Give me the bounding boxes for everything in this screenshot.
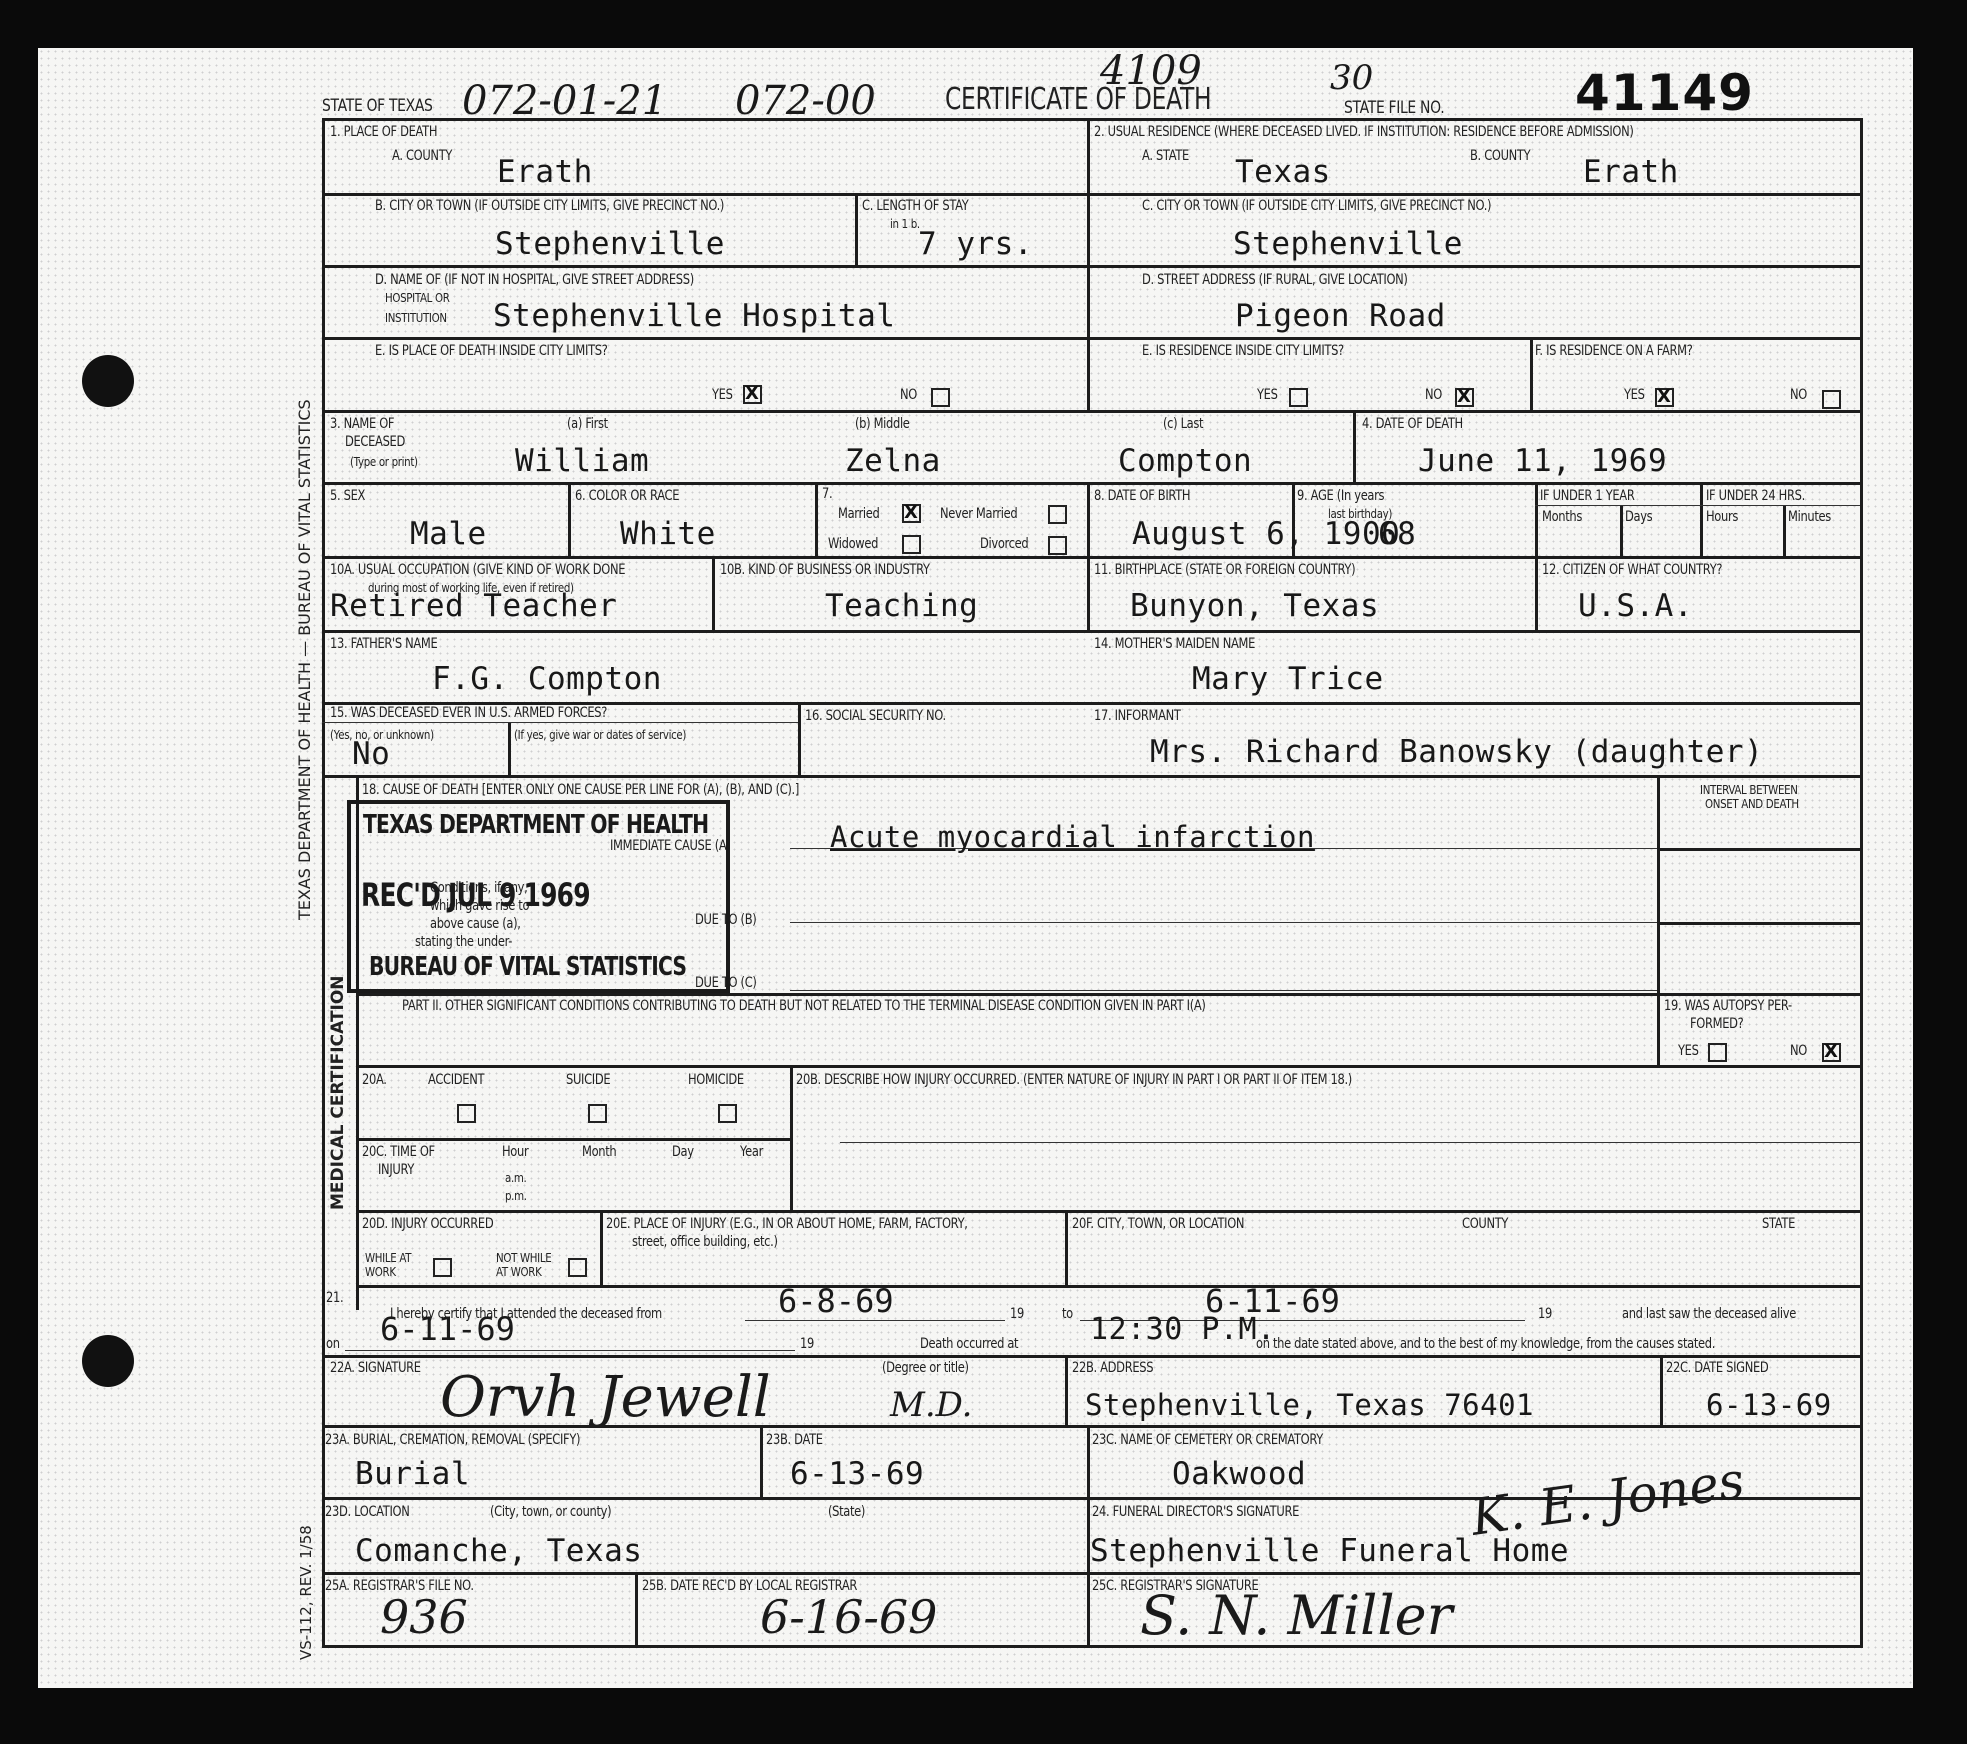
registrar-date-value: 6-16-69 — [760, 1590, 937, 1644]
dob-value: August 6, 1900 — [1132, 516, 1400, 552]
registrar-signature: S. N. Miller — [1140, 1584, 1452, 1647]
length-of-stay-sub: in 1 b. — [890, 216, 920, 231]
degree-label: (Degree or title) — [882, 1360, 969, 1376]
day-label: Day — [672, 1144, 694, 1160]
certification-number: 21. — [326, 1290, 343, 1306]
autopsy-label-2: FORMED? — [1690, 1016, 1743, 1032]
suicide-checkbox[interactable] — [588, 1104, 607, 1123]
autopsy-no-checkbox[interactable] — [1822, 1043, 1841, 1062]
funeral-director-label: 24. FUNERAL DIRECTOR'S SIGNATURE — [1092, 1504, 1299, 1520]
name-label: 3. NAME OF — [330, 416, 394, 432]
am-label: a.m. — [505, 1170, 526, 1185]
farm-yes-checkbox[interactable] — [1655, 388, 1674, 407]
injury-city-label: 20f. CITY, TOWN, OR LOCATION — [1072, 1216, 1244, 1232]
divorced-label: Divorced — [980, 536, 1028, 552]
father-label: 13. FATHER'S NAME — [330, 636, 437, 652]
stamp-line-3: BUREAU OF VITAL STATISTICS — [369, 952, 686, 982]
date-signed-value: 6-13-69 — [1706, 1388, 1832, 1422]
punch-hole — [82, 1335, 134, 1387]
sex-label: 5. SEX — [330, 488, 365, 504]
ssn-label: 16. SOCIAL SECURITY NO. — [805, 708, 946, 724]
place-of-injury-label: 20e. PLACE OF INJURY (e.g., in or about … — [606, 1216, 968, 1232]
usual-residence-label: 2. USUAL RESIDENCE (Where deceased lived… — [1094, 124, 1634, 140]
not-while-at-work-label-2: AT WORK — [496, 1264, 541, 1279]
under-1-year-label: IF UNDER 1 YEAR — [1540, 488, 1634, 504]
residence-inside-yes-label: YES — [1257, 387, 1278, 403]
handwritten-30: 30 — [1330, 58, 1373, 98]
mother-label: 14. MOTHER'S MAIDEN NAME — [1094, 636, 1255, 652]
residence-inside-no-checkbox[interactable] — [1455, 388, 1474, 407]
hospital-label: d. NAME OF (If not in hospital, give str… — [375, 272, 694, 288]
registrar-file-value: 936 — [380, 1590, 468, 1644]
injury-state-label: STATE — [1762, 1216, 1795, 1232]
last-name-label: (c) Last — [1163, 416, 1203, 432]
accident-label: ACCIDENT — [428, 1072, 484, 1088]
hours-label: Hours — [1706, 509, 1738, 525]
burial-location-sub: (City, town, or county) — [490, 1504, 611, 1520]
farm-yes-label: YES — [1624, 387, 1645, 403]
minutes-label: Minutes — [1788, 509, 1831, 525]
residence-farm-label: f. IS RESIDENCE ON A FARM? — [1535, 343, 1693, 359]
sex-value: Male — [410, 516, 487, 552]
never-married-checkbox[interactable] — [1048, 505, 1067, 524]
industry-value: Teaching — [825, 588, 978, 624]
hospital-value: Stephenville Hospital — [493, 298, 895, 334]
injury-occurred-label: 20d. INJURY OCCURRED — [362, 1216, 493, 1232]
residence-inside-city-label: e. IS RESIDENCE INSIDE CITY LIMITS? — [1142, 343, 1344, 359]
cemetery-label: 23c. NAME OF CEMETERY OR CREMATORY — [1092, 1432, 1323, 1448]
accident-checkbox[interactable] — [457, 1104, 476, 1123]
pm-label: p.m. — [505, 1188, 527, 1203]
residence-county-label: b. COUNTY — [1470, 148, 1530, 164]
farm-no-checkbox[interactable] — [1822, 390, 1841, 409]
burial-method-value: Burial — [355, 1456, 470, 1492]
informant-label: 17. INFORMANT — [1094, 708, 1181, 724]
handwritten-over-title: 4109 — [1100, 48, 1202, 94]
hospital-label-2: HOSPITAL OR — [385, 290, 450, 305]
married-checkbox[interactable] — [902, 504, 921, 523]
not-while-at-work-label: NOT WHILE — [496, 1250, 551, 1265]
age-value: 68 — [1378, 516, 1416, 552]
date-of-death-label: 4. DATE OF DEATH — [1362, 416, 1463, 432]
form-code: VS-112, REV. 1/58 — [297, 1525, 315, 1660]
describe-injury-label: 20b. DESCRIBE HOW INJURY OCCURRED. (Ente… — [796, 1072, 1352, 1088]
burial-date-value: 6-13-69 — [790, 1456, 924, 1492]
physician-signature: Orvh Jewell — [440, 1365, 771, 1430]
name-label-2: DECEASED — [345, 434, 405, 450]
armed-forces-sub-2: (If yes, give war or dates of service) — [514, 727, 686, 742]
state-file-label: STATE FILE NO. — [1344, 98, 1444, 118]
stamp-line-2: REC'D JUL 9 1969 — [361, 876, 590, 914]
suicide-label: SUICIDE — [566, 1072, 610, 1088]
year-label: Year — [740, 1144, 763, 1160]
medical-certification-label: MEDICAL CERTIFICATION — [328, 975, 348, 1210]
month-label: Month — [582, 1144, 616, 1160]
autopsy-label: 19. WAS AUTOPSY PER- — [1664, 998, 1792, 1014]
dob-label: 8. DATE OF BIRTH — [1094, 488, 1190, 504]
nineteen-label: 19 — [1010, 1306, 1024, 1322]
widowed-checkbox[interactable] — [902, 535, 921, 554]
farm-no-label: NO — [1790, 387, 1807, 403]
stamp-line-1: TEXAS DEPARTMENT OF HEALTH — [363, 810, 708, 840]
death-inside-yes-label: YES — [712, 387, 733, 403]
to-label: to — [1062, 1306, 1073, 1322]
date-signed-label: 22c. DATE SIGNED — [1666, 1360, 1768, 1376]
autopsy-yes-label: YES — [1678, 1043, 1699, 1059]
death-city-value: Stephenville — [495, 226, 725, 262]
married-label: Married — [838, 506, 879, 522]
birthplace-label: 11. BIRTHPLACE (State or foreign country… — [1094, 562, 1355, 578]
length-of-stay-value: 7 yrs. — [918, 226, 1033, 262]
days-label: Days — [1625, 509, 1652, 525]
race-value: White — [620, 516, 716, 552]
residence-inside-no-label: NO — [1425, 387, 1442, 403]
place-of-injury-label-2: street, office building, etc.) — [632, 1234, 778, 1250]
months-label: Months — [1542, 509, 1582, 525]
homicide-label: HOMICIDE — [688, 1072, 744, 1088]
residence-county-value: Erath — [1583, 154, 1679, 190]
divorced-checkbox[interactable] — [1048, 536, 1067, 555]
cemetery-value: Oakwood — [1172, 1456, 1306, 1492]
death-county-value: Erath — [497, 154, 593, 190]
death-inside-city-label: e. IS PLACE OF DEATH INSIDE CITY LIMITS? — [375, 343, 607, 359]
occupation-value: Retired Teacher — [330, 588, 617, 624]
birthplace-value: Bunyon, Texas — [1130, 588, 1379, 624]
certificate-page — [38, 48, 1913, 1688]
autopsy-no-label: NO — [1790, 1043, 1807, 1059]
death-county-label: a. COUNTY — [392, 148, 452, 164]
certification-text-2: and last saw the deceased alive — [1622, 1306, 1796, 1322]
injury-county-label: COUNTY — [1462, 1216, 1508, 1232]
nineteen-label-2: 19 — [1538, 1306, 1552, 1322]
burial-method-label: 23a. BURIAL, CREMATION, REMOVAL (Specify… — [325, 1432, 580, 1448]
punch-hole — [82, 355, 134, 407]
received-stamp: TEXAS DEPARTMENT OF HEALTH REC'D JUL 9 1… — [347, 800, 730, 993]
name-label-3: (Type or print) — [350, 454, 418, 469]
part-2-label: PART II. OTHER SIGNIFICANT CONDITIONS CO… — [402, 998, 1206, 1014]
attended-from-value: 6-8-69 — [778, 1282, 894, 1320]
last-name-value: Compton — [1118, 443, 1252, 479]
race-label: 6. COLOR OR RACE — [575, 488, 679, 504]
occupation-label: 10a. USUAL OCCUPATION (Give kind of work… — [330, 562, 625, 578]
while-at-work-label-2: WORK — [365, 1264, 396, 1279]
armed-forces-label: 15. WAS DECEASED EVER IN U.S. ARMED FORC… — [330, 705, 607, 721]
death-inside-yes-checkbox[interactable] — [743, 385, 762, 404]
hospital-label-3: INSTITUTION — [385, 310, 447, 325]
first-name-label: (a) First — [567, 416, 608, 432]
physician-address-label: 22b. ADDRESS — [1072, 1360, 1153, 1376]
interval-label-2: ONSET AND DEATH — [1705, 796, 1799, 811]
first-name-value: William — [515, 443, 649, 479]
father-value: F.G. Compton — [432, 661, 662, 697]
while-at-work-label: WHILE AT — [365, 1250, 411, 1265]
industry-label: 10b. KIND OF BUSINESS OR INDUSTRY — [720, 562, 930, 578]
middle-name-value: Zelna — [845, 443, 941, 479]
on-label: on — [326, 1336, 340, 1352]
state-file-number: 41149 — [1575, 64, 1754, 122]
residence-city-value: Stephenville — [1233, 226, 1463, 262]
residence-inside-yes-checkbox[interactable] — [1289, 388, 1308, 407]
informant-value: Mrs. Richard Banowsky (daughter) — [1150, 734, 1763, 770]
physician-address-value: Stephenville, Texas 76401 — [1085, 1388, 1534, 1422]
time-of-injury-label: 20c. TIME OF — [362, 1144, 435, 1160]
residence-street-value: Pigeon Road — [1235, 298, 1446, 334]
nineteen-label-3: 19 — [800, 1336, 814, 1352]
under-24-hours-label: IF UNDER 24 HRS. — [1706, 488, 1805, 504]
death-occurred-at-label: Death occurred at — [920, 1336, 1018, 1352]
never-married-label: Never Married — [940, 506, 1017, 522]
last-seen-value: 6-11-69 — [380, 1310, 515, 1348]
homicide-checkbox[interactable] — [718, 1104, 737, 1123]
burial-location-label: 23d. LOCATION — [325, 1504, 410, 1520]
residence-city-label: c. CITY OR TOWN (If outside city limits,… — [1142, 198, 1491, 214]
not-while-at-work-checkbox[interactable] — [568, 1258, 587, 1277]
mother-value: Mary Trice — [1192, 661, 1384, 697]
funeral-home-value: Stephenville Funeral Home — [1090, 1533, 1569, 1569]
armed-forces-value: No — [352, 736, 390, 772]
residence-street-label: d. STREET ADDRESS (If rural, give locati… — [1142, 272, 1408, 288]
certification-text-3: on the date stated above, and to the bes… — [1256, 1336, 1715, 1352]
date-of-death-value: June 11, 1969 — [1418, 443, 1667, 479]
citizen-label: 12. CITIZEN OF WHAT COUNTRY? — [1542, 562, 1722, 578]
burial-date-label: 23b. DATE — [766, 1432, 823, 1448]
marital-label: 7. — [822, 486, 832, 502]
immediate-cause-value: Acute myocardial infarction — [830, 820, 1315, 854]
residence-state-label: a. STATE — [1142, 148, 1189, 164]
hour-label: Hour — [502, 1144, 528, 1160]
length-of-stay-label: c. LENGTH OF STAY — [862, 198, 968, 214]
death-inside-no-label: NO — [900, 387, 917, 403]
while-at-work-checkbox[interactable] — [433, 1258, 452, 1277]
death-city-label: b. CITY OR TOWN (If outside city limits,… — [375, 198, 724, 214]
death-time-value: 12:30 P.M. — [1090, 1312, 1276, 1347]
age-label: 9. AGE (In years — [1297, 488, 1384, 504]
widowed-label: Widowed — [828, 536, 878, 552]
autopsy-yes-checkbox[interactable] — [1708, 1043, 1727, 1062]
death-inside-no-checkbox[interactable] — [931, 388, 950, 407]
citizen-value: U.S.A. — [1578, 588, 1693, 624]
state-label: STATE OF TEXAS — [322, 96, 433, 116]
side-department-text: TEXAS DEPARTMENT OF HEALTH — BUREAU OF V… — [295, 399, 314, 920]
burial-location-value: Comanche, Texas — [355, 1533, 642, 1569]
injury-type-label: 20a. — [362, 1072, 387, 1088]
interval-label-1: INTERVAL BETWEEN — [1700, 782, 1798, 797]
time-of-injury-label-2: INJURY — [378, 1162, 414, 1178]
residence-state-value: Texas — [1235, 154, 1331, 190]
physician-signature-label: 22a. SIGNATURE — [330, 1360, 421, 1376]
physician-degree: M.D. — [890, 1385, 972, 1425]
burial-state-sub: (State) — [828, 1504, 865, 1520]
middle-name-label: (b) Middle — [855, 416, 910, 432]
cause-of-death-label: 18. CAUSE OF DEATH [Enter only one cause… — [362, 782, 799, 798]
place-of-death-label: 1. PLACE OF DEATH — [330, 124, 437, 140]
